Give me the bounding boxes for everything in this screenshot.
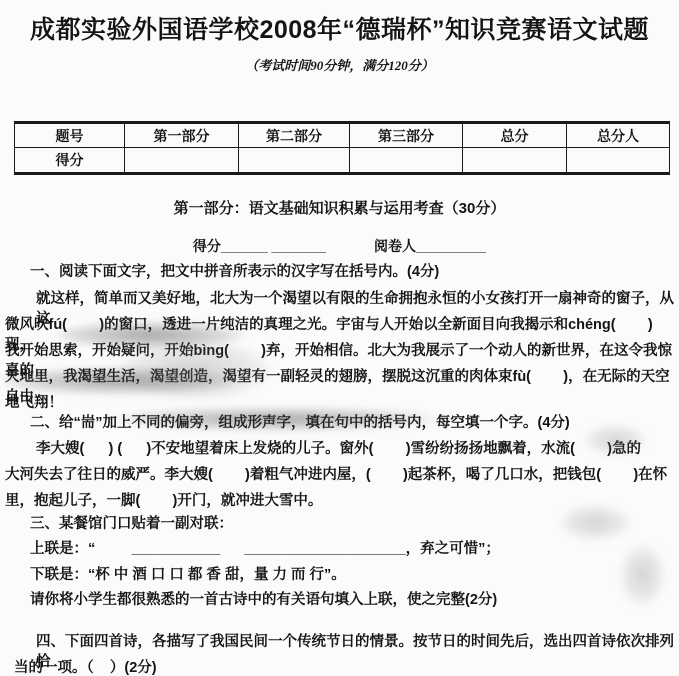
score-table-header-row: 题号 第一部分 第二部分 第三部分 总分 总分人 bbox=[15, 123, 670, 148]
q4-heading-line: 当的一项。（ ）(2分) bbox=[14, 658, 675, 676]
score-cell-total bbox=[463, 148, 567, 174]
col-header-part3: 第三部分 bbox=[350, 123, 463, 148]
col-header-total-scorer: 总分人 bbox=[567, 123, 670, 148]
col-header-total: 总分 bbox=[463, 123, 567, 148]
col-header-question-number: 题号 bbox=[15, 123, 125, 148]
q1-heading: 一、阅读下面文字，把文中拼音所表示的汉字写在括号内。(4分) bbox=[30, 262, 675, 282]
q2-sentence-line: 里，抱起儿子，一脚( )开门，就冲进大雪中。 bbox=[5, 491, 675, 511]
q1-paragraph-line: 地飞翔！ bbox=[5, 393, 675, 413]
grader-label: 阅卷人 bbox=[374, 238, 416, 254]
q3-instruction: 请你将小学生都很熟悉的一首古诗中的有关语句填入上联，使之完整(2分) bbox=[30, 590, 675, 610]
section1-score-line: 得分______ _______阅卷人_________ bbox=[0, 236, 679, 256]
q2-heading: 二、给“耑”加上不同的偏旁，组成形声字，填在句中的括号内，每空填一个字。(4分) bbox=[30, 413, 675, 433]
page-title: 成都实验外国语学校2008年“德瑞杯”知识竞赛语文试题 bbox=[0, 10, 679, 46]
score-cell-part3 bbox=[350, 148, 463, 174]
grader-blank: _________ bbox=[416, 238, 486, 254]
exam-paper-page: 成都实验外国语学校2008年“德瑞杯”知识竞赛语文试题 （考试时间90分钟，满分… bbox=[0, 0, 679, 676]
score-cell-part1 bbox=[125, 148, 239, 174]
q3-upper-couplet: 上联是：“ ___________ ____________________，弃… bbox=[30, 539, 675, 559]
q2-sentence-line: 李大嫂( ) ( )不安地望着床上发烧的儿子。窗外( )雪纷纷扬扬地飘着，水流(… bbox=[36, 439, 675, 459]
q3-lower-couplet: 下联是：“杯 中 酒 口 口 都 香 甜，量 力 而 行”。 bbox=[30, 565, 675, 585]
q3-heading: 三、某餐馆门口贴着一副对联： bbox=[30, 514, 675, 534]
score-cell-part2 bbox=[239, 148, 350, 174]
score-table: 题号 第一部分 第二部分 第三部分 总分 总分人 得分 bbox=[14, 121, 670, 175]
score-cell-total-scorer bbox=[567, 148, 670, 174]
section1-heading: 第一部分：语文基础知识积累与运用考查（30分） bbox=[0, 197, 679, 218]
row-label-score: 得分 bbox=[15, 148, 125, 174]
score-label: 得分 bbox=[193, 238, 221, 254]
score-blank: ______ _______ bbox=[221, 238, 326, 254]
score-table-score-row: 得分 bbox=[15, 148, 670, 174]
col-header-part2: 第二部分 bbox=[239, 123, 350, 148]
col-header-part1: 第一部分 bbox=[125, 123, 239, 148]
page-subtitle: （考试时间90分钟，满分120分） bbox=[0, 55, 679, 74]
q2-sentence-line: 大河失去了往日的威严。李大嫂( )着粗气冲进内屋，( )起茶杯，喝了几口水，把钱… bbox=[5, 465, 675, 485]
